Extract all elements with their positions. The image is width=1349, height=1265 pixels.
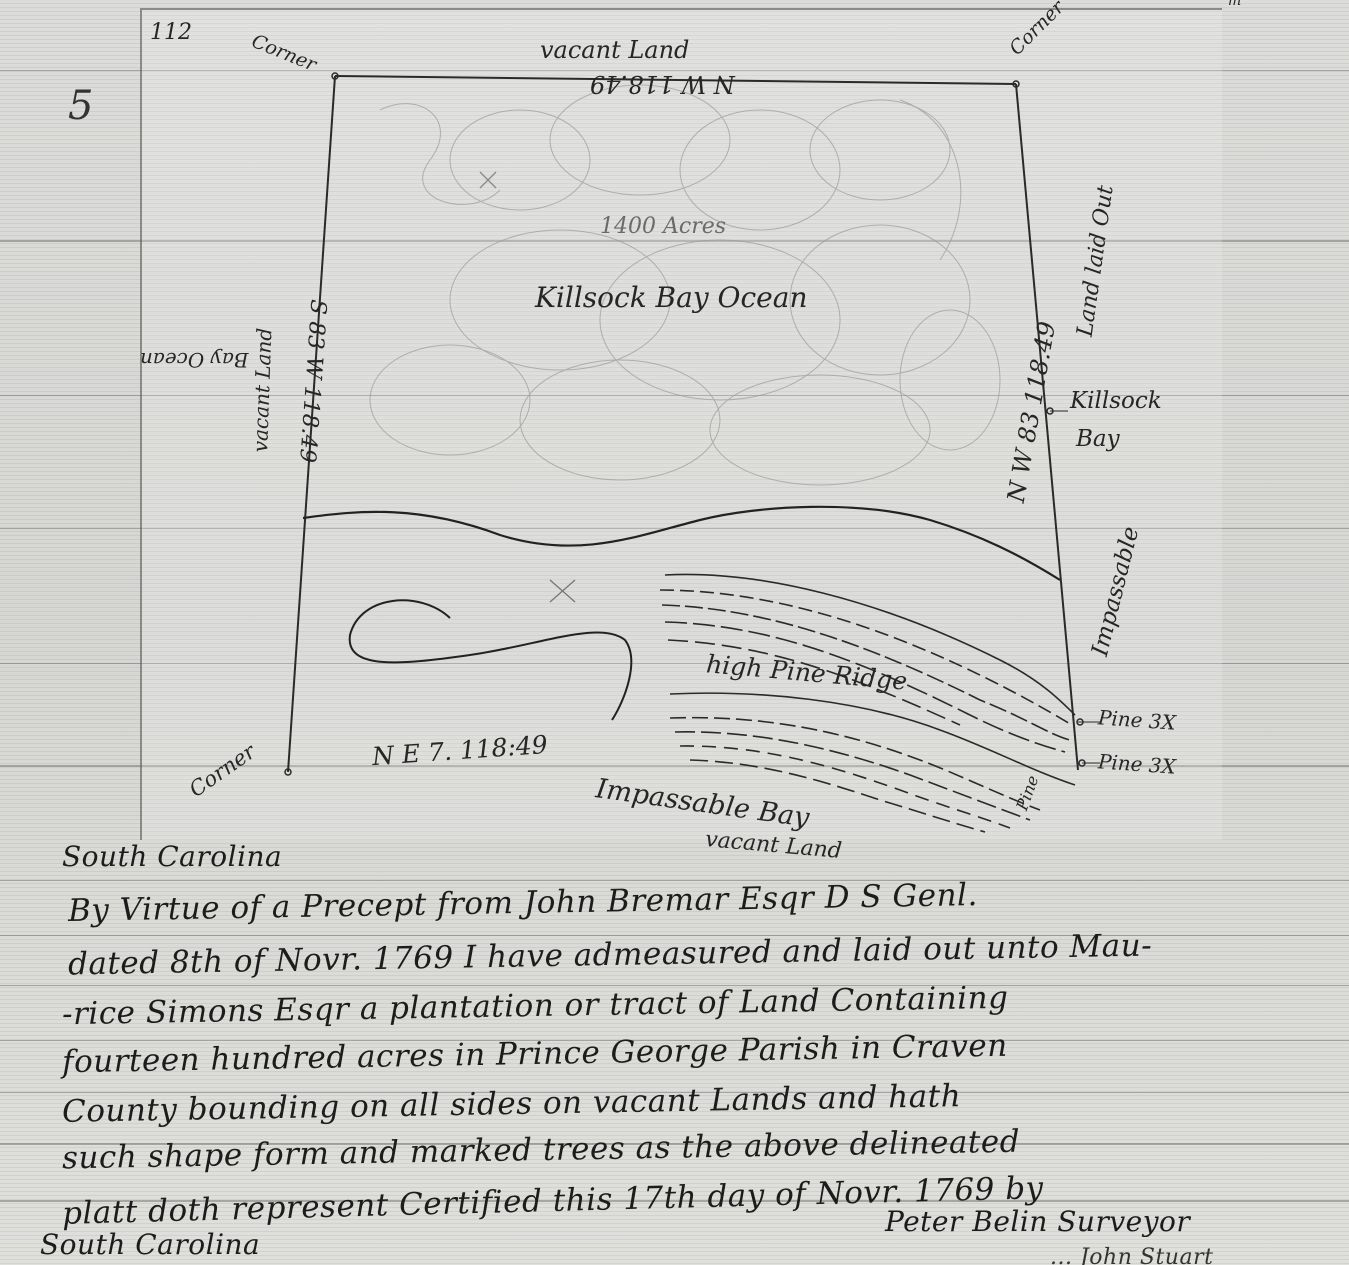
killsock-bay-label: Killsock xyxy=(1070,390,1162,413)
pine-marker-2: Pine 3X xyxy=(1097,751,1176,776)
left-adjacent-label: vacant Land xyxy=(250,327,274,452)
certificate-heading-next: South Carolina xyxy=(40,1228,260,1261)
acreage-label: 1400 Acres xyxy=(600,216,726,238)
bay-name-label: Killsock Bay Ocean xyxy=(535,284,807,312)
left-adjacent-label-2: Bay Ocean xyxy=(140,350,249,370)
surveyor-signature: Peter Belin Surveyor xyxy=(885,1205,1190,1238)
certificate-heading: South Carolina xyxy=(62,840,282,873)
document-page: 112 m 5 xyxy=(0,0,1349,1265)
top-adjacent-label: vacant Land xyxy=(540,38,689,62)
top-bearing-label: N W 118.49 xyxy=(590,72,735,96)
killsock-bay-label-2: Bay xyxy=(1076,428,1120,451)
pine-marker-1: Pine 3X xyxy=(1097,707,1176,732)
partial-next-line: ... John Stuart xyxy=(1050,1245,1213,1265)
